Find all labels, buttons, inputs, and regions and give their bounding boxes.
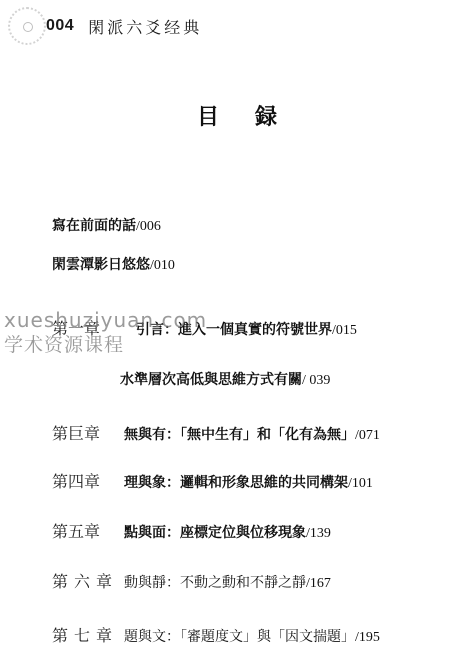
toc-page-ref: /071: [355, 428, 380, 443]
toc-entry-text: 閑雲潭影日悠悠: [52, 257, 150, 273]
toc-entry-text: 點與面：座標定位與位移現象: [124, 525, 306, 541]
header-book-title: 閑派六爻经典: [88, 15, 202, 38]
toc-chapter-label: 第四章: [52, 469, 124, 492]
toc-entry[interactable]: 第一章引言：進入一個真實的符號世界/015: [52, 316, 357, 339]
toc-entry[interactable]: 寫在前面的話/006: [52, 215, 161, 235]
toc-entry-text: 理與象：邏輯和形象思維的共同構架: [124, 475, 348, 491]
toc-page-ref: /010: [150, 258, 175, 273]
toc-entry[interactable]: 閑雲潭影日悠悠/010: [52, 254, 175, 274]
toc-entry[interactable]: 第七章題與文：「審題度文」與「因文揣題」/195: [52, 623, 380, 646]
toc-entry-text: 無與有：「無中生有」和「化有為無」: [124, 427, 355, 443]
toc-page-ref: /167: [306, 576, 331, 591]
toc-page-ref: / 039: [302, 373, 330, 388]
toc-chapter-label: 第巨章: [52, 421, 124, 444]
toc-page-ref: /006: [136, 219, 161, 234]
toc-page-ref: /015: [332, 323, 357, 338]
seal-logo-icon: [8, 7, 46, 45]
toc-title-char: 目: [197, 105, 219, 130]
toc-entry-text: 題與文：「審題度文」與「因文揣題」: [124, 629, 355, 645]
toc-entry-text: 引言：進入一個真實的符號世界: [136, 322, 332, 338]
toc-entry-text: 水準層次高低與思維方式有關: [120, 372, 302, 388]
header-page-number: 004: [46, 17, 74, 35]
toc-entry-text: 動與靜：不動之動和不靜之靜: [124, 575, 306, 591]
toc-title-char: 録: [255, 105, 277, 130]
toc-page-ref: /101: [348, 476, 373, 491]
toc-chapter-label: 第六章: [52, 569, 124, 592]
toc-entry[interactable]: 水準層次高低與思維方式有關/ 039: [120, 369, 330, 389]
toc-chapter-label: 第五章: [52, 519, 124, 542]
toc-page-ref: /195: [355, 630, 380, 645]
toc-entry[interactable]: 第五章點與面：座標定位與位移現象/139: [52, 519, 331, 542]
toc-entry[interactable]: 第巨章無與有：「無中生有」和「化有為無」/071: [52, 421, 380, 444]
toc-entry[interactable]: 第六章動與靜：不動之動和不靜之靜/167: [52, 569, 331, 592]
toc-chapter-label: 第七章: [52, 623, 124, 646]
toc-entry-text: 寫在前面的話: [52, 218, 136, 234]
toc-chapter-label: 第一章: [52, 316, 136, 339]
page-header: 004 閑派六爻经典: [0, 6, 202, 46]
toc-title: 目録: [0, 100, 474, 131]
toc-entry[interactable]: 第四章理與象：邏輯和形象思維的共同構架/101: [52, 469, 373, 492]
toc-page-ref: /139: [306, 526, 331, 541]
